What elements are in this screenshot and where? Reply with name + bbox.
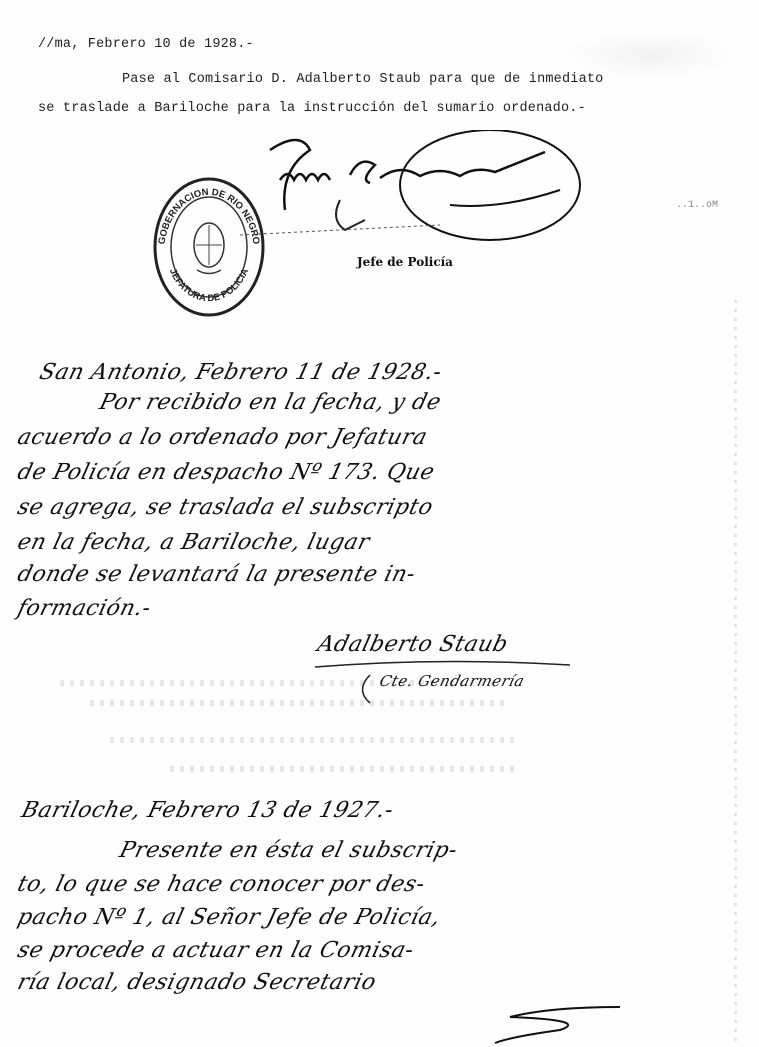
hand2-line: to, lo que se hace conocer por des- [15,872,428,897]
scanned-page: //ma, Febrero 10 de 1928.- Pase al Comis… [0,0,759,1047]
hand1-line: se agrega, se traslada el subscripto [15,495,436,520]
hand1-line: Por recibido en la fecha, y de [97,390,444,415]
typed-line-1: Pase al Comisario D. Adalberto Staub par… [122,72,603,87]
bleed-through-line [110,737,520,743]
hand1-line: de Policía en despacho Nº 173. Que [15,460,437,485]
hand-date-line-2: Bariloche, Febrero 13 de 1927.- [19,798,396,823]
staub-title: Cte. Gendarmería [378,672,527,690]
typed-line-2: se traslade a Bariloche para la instrucc… [38,101,586,116]
typed-date-line: //ma, Febrero 10 de 1928.- [38,37,254,52]
paper-edge-noise [734,300,737,1047]
hand2-line: Presente en ésta el subscrip- [117,838,460,863]
hand1-line: en la fecha, a Bariloche, lugar [15,530,372,555]
hand2-line: se procede a actuar en la Comisa- [15,938,417,963]
staub-signature: Adalberto Staub [315,632,511,657]
svg-text:JEFATURA DE POLICIA: JEFATURA DE POLICIA [167,267,251,304]
chief-title: Jefe de Policía [357,255,453,269]
bleed-through-line [170,766,520,772]
hand2-line: ría local, designado Secretario [15,970,379,995]
closing-flourish-icon [490,1005,630,1045]
hand-date-line-1: San Antonio, Febrero 11 de 1928.- [37,360,445,385]
side-mark: ..1..oM [676,200,718,211]
hand1-line: donde se levantará la presente in- [15,562,418,587]
hand1-line: acuerdo a lo ordenado por Jefatura [15,425,430,450]
hand1-line: formación.- [15,596,154,621]
hand2-line: pacho Nº 1, al Señor Jefe de Policía, [15,905,443,930]
